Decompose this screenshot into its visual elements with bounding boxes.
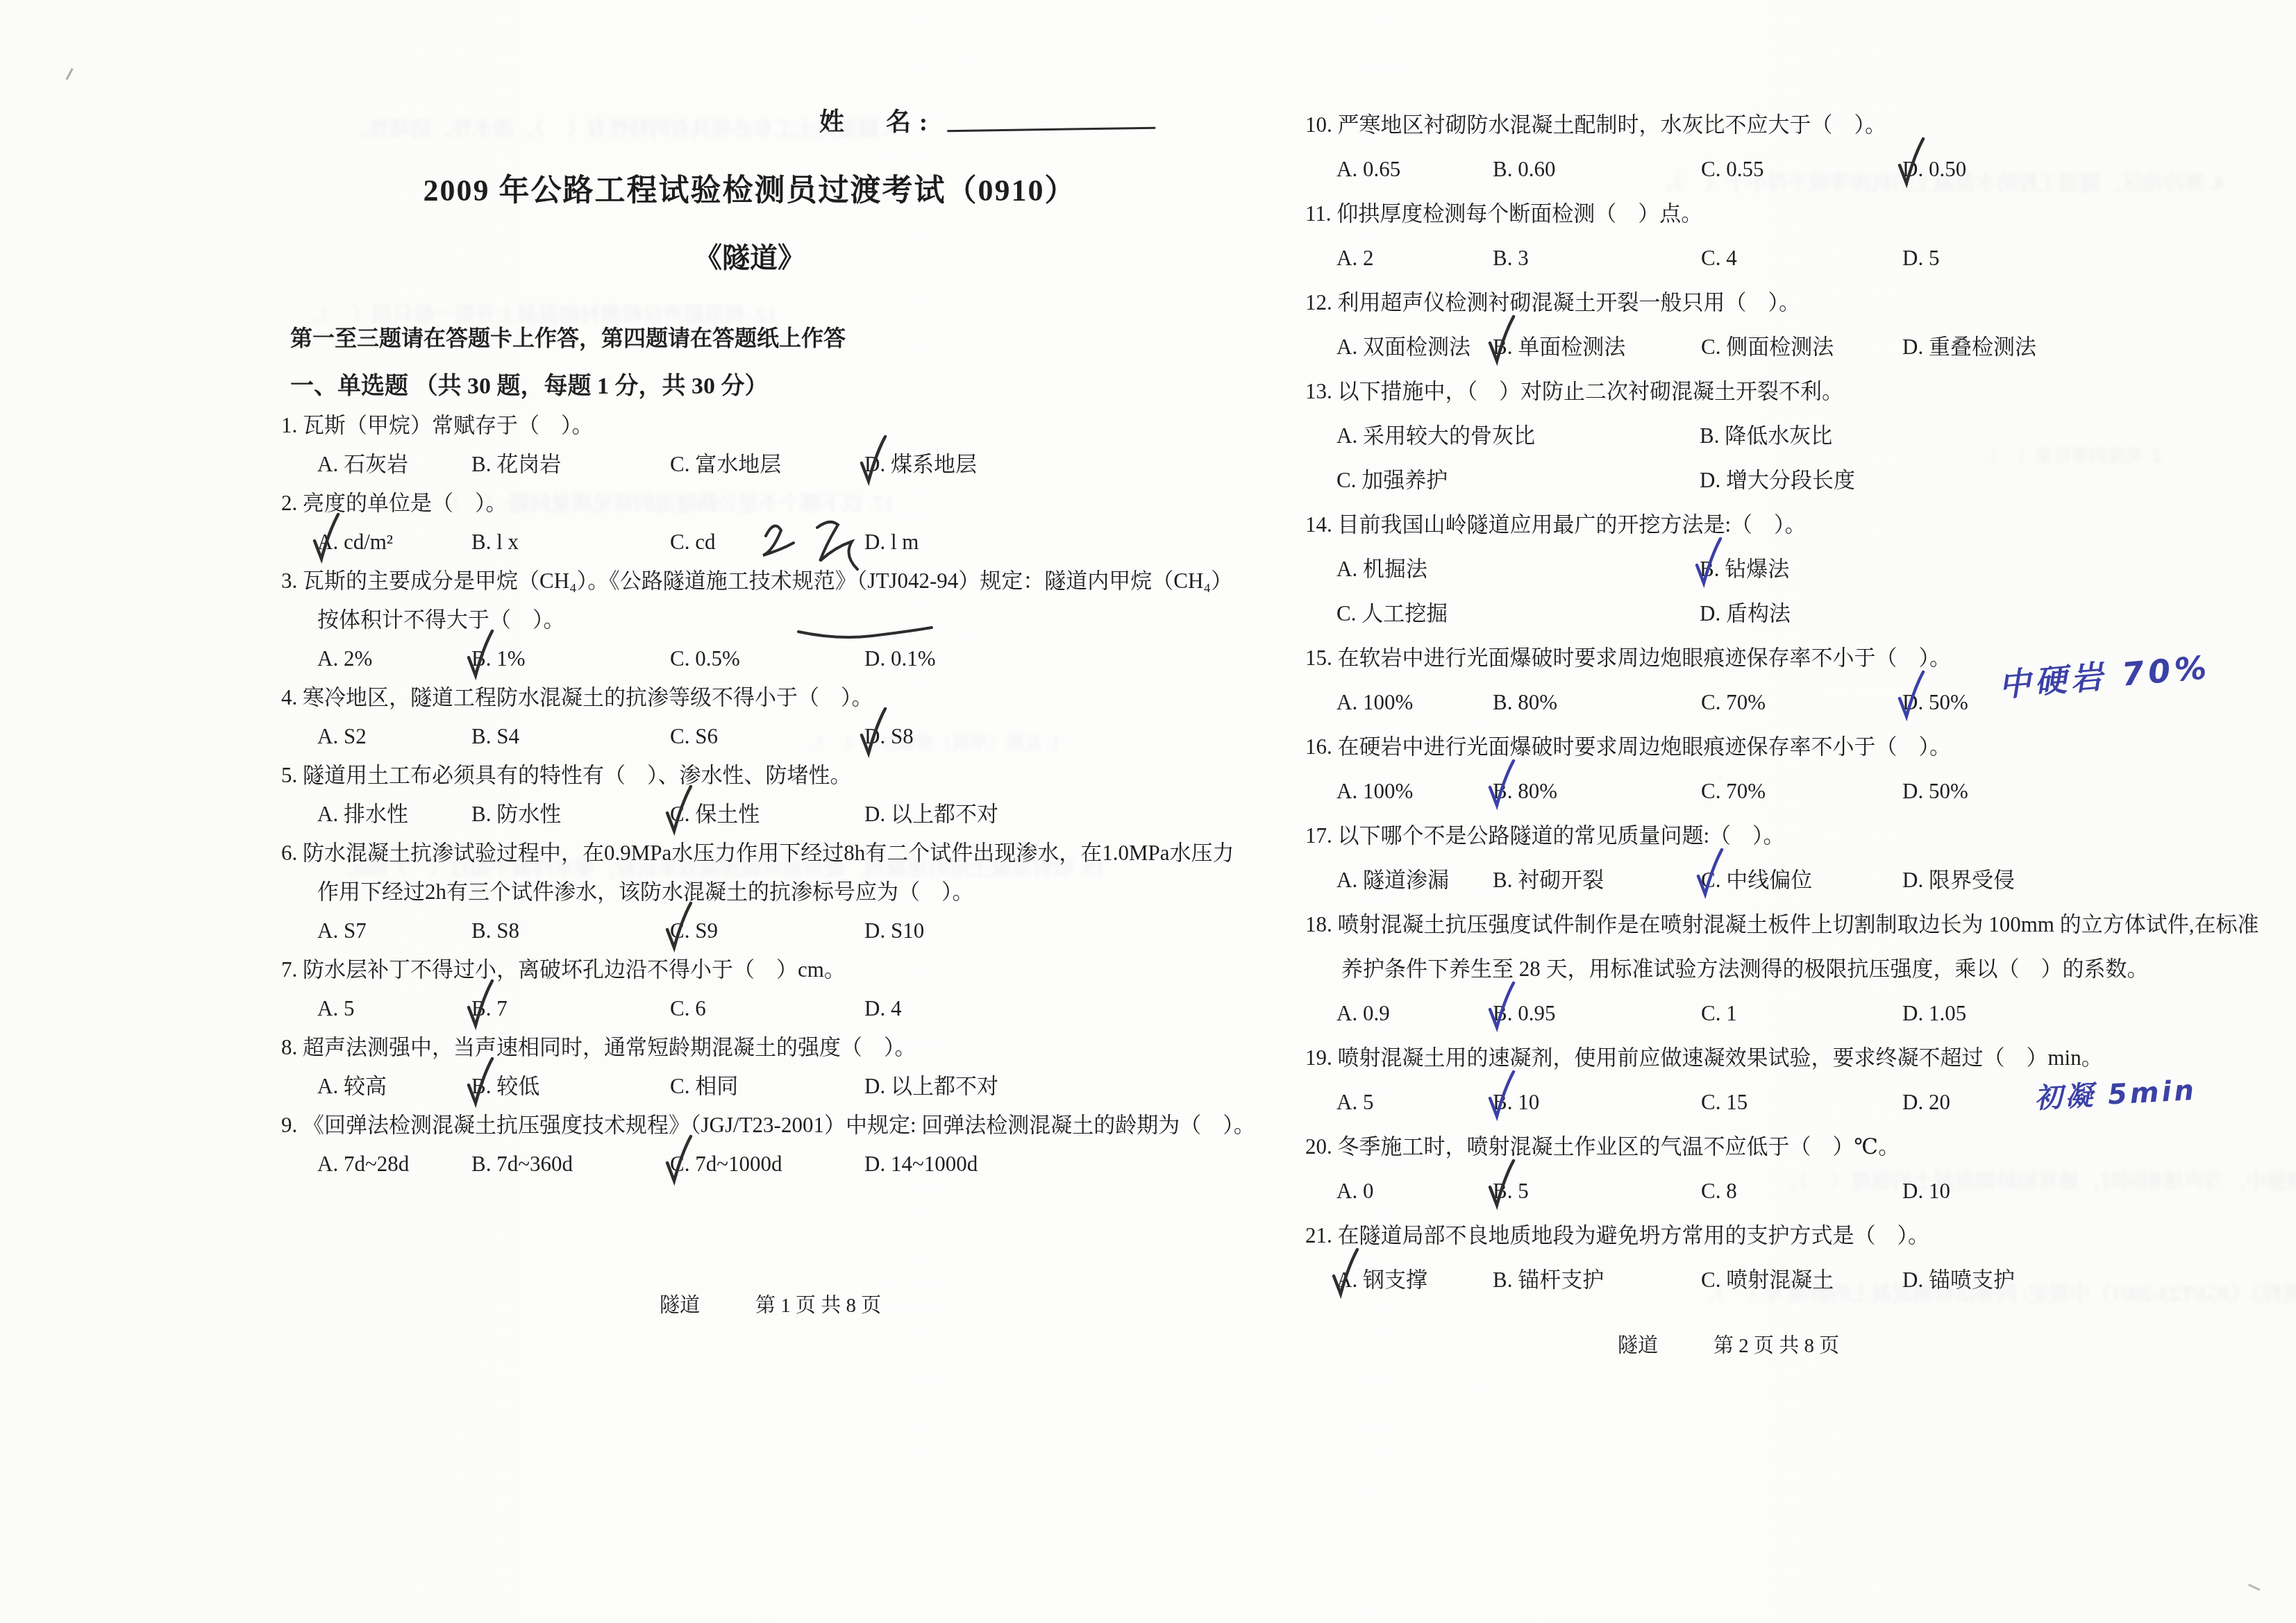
question-13-text: 13. 以下措施中，（ ）对防止二次衬砌混凝土开裂不利。 <box>1305 369 2236 414</box>
question-4-option-A: A. S2 <box>317 717 471 756</box>
question-6-option-C: C. S9 <box>670 911 864 950</box>
question-5-option-B: B. 防水性 <box>471 795 670 834</box>
question-17-option-A: A. 隧道渗漏 <box>1336 858 1493 902</box>
question-8-option-A: A. 较高 <box>317 1067 471 1106</box>
question-19-option-C: C. 15 <box>1701 1080 1902 1125</box>
option-label: C. 加强养护 <box>1336 468 1448 492</box>
question-20-text: 20. 冬季施工时，喷射混凝土作业区的气温不应低于（ ）℃。 <box>1305 1125 2236 1169</box>
option-label: A. 双面检测法 <box>1336 335 1470 359</box>
option-label: D. 5 <box>1902 246 1939 270</box>
question-17-option-C: C. 中线偏位 <box>1701 858 1902 902</box>
question-8-options-row1: A. 较高B. 较低C. 相同D. 以上都不对 <box>281 1067 1246 1106</box>
option-label: A. 2 <box>1336 246 1373 270</box>
question-6-text-line2: 作用下经过2h有三个试件渗水，该防水混凝土的抗渗标号应为（ ）。 <box>281 873 1246 911</box>
option-label: C. 富水地层 <box>670 452 781 476</box>
option-label: C. S6 <box>670 724 718 748</box>
option-label: C. 0.55 <box>1701 157 1763 181</box>
question-18-option-A: A. 0.9 <box>1336 991 1493 1036</box>
question-21-option-C: C. 喷射混凝土 <box>1701 1258 1902 1302</box>
question-18-option-B: B. 0.95 <box>1493 991 1701 1036</box>
question-9-option-B: B. 7d~360d <box>471 1145 670 1184</box>
question-19-option-B: B. 10 <box>1493 1080 1701 1125</box>
option-label: A. 100% <box>1336 779 1413 803</box>
option-label: D. 0.50 <box>1902 157 1966 181</box>
option-label: D. 以上都不对 <box>864 1074 998 1098</box>
question-1-option-A: A. 石灰岩 <box>317 445 471 484</box>
page1-questions: 1. 瓦斯（甲烷）常赋存于（ ）。A. 石灰岩B. 花岗岩C. 富水地层D. 煤… <box>281 406 1246 1184</box>
question-11-option-C: C. 4 <box>1701 236 1902 280</box>
option-label: B. 钻爆法 <box>1700 557 1789 581</box>
option-label: A. 石灰岩 <box>317 452 408 476</box>
question-9-text: 9. 《回弹法检测混凝土抗压强度技术规程》（JGJ/T23-2001）中规定: … <box>281 1106 1246 1145</box>
page2-questions: 10. 严寒地区衬砌防水混凝土配制时，水灰比不应大于（ ）。A. 0.65B. … <box>1305 103 2236 1302</box>
question-3-text-line2: 按体积计不得大于（ ）。 <box>281 600 1246 639</box>
question-17-text: 17. 以下哪个不是公路隧道的常见质量问题:（ ）。 <box>1305 814 2236 858</box>
option-label: A. 0.65 <box>1336 157 1400 181</box>
question-8-text: 8. 超声法测强中，当声速相同时，通常短龄期混凝土的强度（ ）。 <box>281 1028 1246 1067</box>
question-20-option-A: A. 0 <box>1336 1169 1493 1213</box>
question-7-option-C: C. 6 <box>670 989 864 1028</box>
option-label: C. 7d~1000d <box>670 1152 782 1176</box>
option-label: D. 增大分段长度 <box>1700 468 1855 492</box>
question-15-text: 15. 在软岩中进行光面爆破时要求周边炮眼痕迹保存率不小于（ ）。 <box>1305 636 2236 680</box>
page2-footer: 隧道第 2 页 共 8 页 <box>1618 1330 1839 1359</box>
question-21-text: 21. 在隧道局部不良地质地段为避免坍方常用的支护方式是（ ）。 <box>1305 1213 2236 1258</box>
option-label: C. 0.5% <box>670 646 740 671</box>
question-18-option-D: D. 1.05 <box>1902 991 2236 1036</box>
question-16-option-B: B. 80% <box>1493 769 1701 814</box>
question-3-option-A: A. 2% <box>317 639 471 678</box>
question-2-option-D: D. l m <box>864 523 1246 562</box>
question-17-option-D: D. 限界受侵 <box>1902 858 2236 902</box>
question-10-option-A: A. 0.65 <box>1336 147 1493 192</box>
question-17-option-B: B. 衬砌开裂 <box>1493 858 1701 902</box>
question-21-option-D: D. 锚喷支护 <box>1902 1258 2236 1302</box>
option-label: A. 较高 <box>317 1074 387 1098</box>
question-15-options-row1: A. 100%B. 80%C. 70%D. 50% <box>1305 680 2236 725</box>
question-5-option-D: D. 以上都不对 <box>864 795 1246 834</box>
question-8-option-C: C. 相同 <box>670 1067 864 1106</box>
option-label: D. 10 <box>1902 1179 1950 1203</box>
option-label: D. 14~1000d <box>864 1152 978 1176</box>
question-1-option-D: D. 煤系地层 <box>864 445 1246 484</box>
option-label: C. cd <box>670 530 715 554</box>
option-label: A. 钢支撑 <box>1336 1268 1427 1292</box>
question-6-options-row1: A. S7B. S8C. S9D. S10 <box>281 911 1246 950</box>
question-19-options-row1: A. 5B. 10C. 15D. 20 <box>1305 1080 2236 1125</box>
question-13-option-D: D. 增大分段长度 <box>1700 458 2236 503</box>
question-18-text-line2: 养护条件下养生至 28 天，用标准试验方法测得的极限抗压强度，乘以（ ）的系数。 <box>1305 947 2236 991</box>
option-label: A. 0.9 <box>1336 1001 1390 1025</box>
question-15-option-C: C. 70% <box>1701 680 1902 725</box>
option-label: A. 5 <box>317 996 354 1020</box>
option-label: C. 70% <box>1701 779 1766 803</box>
option-label: B. 花岗岩 <box>471 452 561 476</box>
question-17-options-row1: A. 隧道渗漏B. 衬砌开裂C. 中线偏位D. 限界受侵 <box>1305 858 2236 902</box>
question-20-option-B: B. 5 <box>1493 1169 1701 1213</box>
option-label: A. 100% <box>1336 690 1413 714</box>
option-label: D. 盾构法 <box>1700 601 1791 625</box>
option-label: A. 0 <box>1336 1179 1373 1203</box>
question-19-option-A: A. 5 <box>1336 1080 1493 1125</box>
footer-subject: 隧道 <box>1618 1335 1658 1357</box>
question-4-text: 4. 寒冷地区，隧道工程防水混凝土的抗渗等级不得小于（ ）。 <box>281 678 1246 717</box>
exam-instructions: 第一至三题请在答题卡上作答，第四题请在答题纸上作答 <box>290 321 846 353</box>
option-label: B. 锚杆支护 <box>1493 1268 1604 1292</box>
question-11-text: 11. 仰拱厚度检测每个断面检测（ ）点。 <box>1305 192 2236 236</box>
option-label: B. 1% <box>471 646 526 671</box>
option-label: C. 人工挖掘 <box>1336 601 1448 625</box>
exam-subject: 《隧道》 <box>281 236 1218 276</box>
option-label: B. 衬砌开裂 <box>1493 868 1604 892</box>
option-label: B. S8 <box>471 918 519 943</box>
option-label: B. 7 <box>471 996 508 1020</box>
question-14-options-row1: A. 机掘法B. 钻爆法 <box>1305 547 2236 591</box>
question-16-options-row1: A. 100%B. 80%C. 70%D. 50% <box>1305 769 2236 814</box>
question-1-option-B: B. 花岗岩 <box>471 445 670 484</box>
question-5-option-A: A. 排水性 <box>317 795 471 834</box>
option-label: A. S2 <box>317 724 367 748</box>
question-20-options-row1: A. 0B. 5C. 8D. 10 <box>1305 1169 2236 1213</box>
option-label: C. S9 <box>670 918 718 943</box>
option-label: D. 0.1% <box>864 646 935 671</box>
question-10-option-B: B. 0.60 <box>1493 147 1701 192</box>
question-2-option-A: A. cd/m² <box>317 523 471 562</box>
question-6-option-B: B. S8 <box>471 911 670 950</box>
option-label: B. 0.95 <box>1493 1001 1555 1025</box>
option-label: A. 排水性 <box>317 802 408 826</box>
option-label: D. S8 <box>864 724 914 748</box>
option-label: D. S10 <box>864 918 924 943</box>
question-5-text: 5. 隧道用土工布必须具有的特性有（ ）、渗水性、防堵性。 <box>281 756 1246 795</box>
question-20-option-C: C. 8 <box>1701 1169 1902 1213</box>
name-label: 姓 名: <box>819 108 936 136</box>
question-18-options-row1: A. 0.9B. 0.95C. 1D. 1.05 <box>1305 991 2236 1036</box>
question-12-option-C: C. 侧面检测法 <box>1701 325 1902 369</box>
question-12-options-row1: A. 双面检测法B. 单面检测法C. 侧面检测法D. 重叠检测法 <box>1305 325 2236 369</box>
question-11-options-row1: A. 2B. 3C. 4D. 5 <box>1305 236 2236 280</box>
question-4-option-B: B. S4 <box>471 717 670 756</box>
question-12-option-B: B. 单面检测法 <box>1493 325 1701 369</box>
question-10-text: 10. 严寒地区衬砌防水混凝土配制时，水灰比不应大于（ ）。 <box>1305 103 2236 147</box>
question-4-options-row1: A. S2B. S4C. S6D. S8 <box>281 717 1246 756</box>
question-8-option-D: D. 以上都不对 <box>864 1067 1246 1106</box>
question-15-option-B: B. 80% <box>1493 680 1701 725</box>
question-1-option-C: C. 富水地层 <box>670 445 864 484</box>
option-label: D. 20 <box>1902 1090 1950 1114</box>
question-13-options-row1: A. 采用较大的骨灰比B. 降低水灰比 <box>1305 414 2236 458</box>
question-21-option-B: B. 锚杆支护 <box>1493 1258 1701 1302</box>
option-label: D. 锚喷支护 <box>1902 1268 2015 1292</box>
question-2-option-C: C. cd <box>670 523 864 562</box>
option-label: D. 50% <box>1902 690 1968 714</box>
question-6-text-line1: 6. 防水混凝土抗渗试验过程中，在0.9MPa水压力作用下经过8h有二个试件出现… <box>281 834 1246 873</box>
option-label: D. 4 <box>864 996 901 1020</box>
option-label: D. 50% <box>1902 779 1968 803</box>
page1-footer: 隧道第 1 页 共 8 页 <box>660 1290 881 1318</box>
footer-subject: 隧道 <box>660 1295 700 1317</box>
question-2-option-B: B. l x <box>471 523 670 562</box>
scanned-exam-sheet: 5. 隧道用土工布必须具有的特性有（ ）、渗水性、防堵性。 12. 利用超声仪检… <box>0 0 2296 1623</box>
question-16-option-D: D. 50% <box>1902 769 2236 814</box>
option-label: A. 机掘法 <box>1336 557 1427 581</box>
question-15-option-D: D. 50% <box>1902 680 2236 725</box>
option-label: C. 15 <box>1701 1090 1748 1114</box>
option-label: A. 2% <box>317 646 372 671</box>
question-12-option-A: A. 双面检测法 <box>1336 325 1493 369</box>
question-5-options-row1: A. 排水性B. 防水性C. 保土性D. 以上都不对 <box>281 795 1246 834</box>
question-20-option-D: D. 10 <box>1902 1169 2236 1213</box>
question-2-options-row1: A. cd/m²B. l xC. cdD. l m <box>281 523 1246 562</box>
option-label: C. 侧面检测法 <box>1701 335 1834 359</box>
question-15-option-A: A. 100% <box>1336 680 1493 725</box>
scan-speck <box>2245 1583 2261 1597</box>
option-label: C. 1 <box>1701 1001 1737 1025</box>
question-4-option-C: C. S6 <box>670 717 864 756</box>
question-6-option-D: D. S10 <box>864 911 1246 950</box>
question-12-option-D: D. 重叠检测法 <box>1902 325 2236 369</box>
footer-page-number: 第 1 页 共 8 页 <box>755 1295 881 1317</box>
question-4-option-D: D. S8 <box>864 717 1246 756</box>
option-label: B. 10 <box>1493 1090 1539 1114</box>
question-1-options-row1: A. 石灰岩B. 花岗岩C. 富水地层D. 煤系地层 <box>281 445 1246 484</box>
option-label: B. 降低水灰比 <box>1700 423 1832 448</box>
option-label: A. 7d~28d <box>317 1152 409 1176</box>
question-14-options-row2: C. 人工挖掘D. 盾构法 <box>1305 591 2236 636</box>
option-label: B. 单面检测法 <box>1493 335 1625 359</box>
name-blank-line[interactable] <box>947 102 1156 133</box>
question-7-option-A: A. 5 <box>317 989 471 1028</box>
option-label: B. 80% <box>1493 779 1557 803</box>
question-10-options-row1: A. 0.65B. 0.60C. 0.55D. 0.50 <box>1305 147 2236 192</box>
question-7-option-D: D. 4 <box>864 989 1246 1028</box>
question-13-options-row2: C. 加强养护D. 增大分段长度 <box>1305 458 2236 503</box>
question-16-text: 16. 在硬岩中进行光面爆破时要求周边炮眼痕迹保存率不小于（ ）。 <box>1305 725 2236 769</box>
question-14-text: 14. 目前我国山岭隧道应用最广的开挖方法是:（ ）。 <box>1305 503 2236 547</box>
question-7-options-row1: A. 5B. 7C. 6D. 4 <box>281 989 1246 1028</box>
question-8-option-B: B. 较低 <box>471 1067 670 1106</box>
option-label: C. 8 <box>1701 1179 1737 1203</box>
question-18-text-line1: 18. 喷射混凝土抗压强度试件制作是在喷射混凝土板件上切割制取边长为 100mm… <box>1305 902 2236 947</box>
question-16-option-C: C. 70% <box>1701 769 1902 814</box>
option-label: A. cd/m² <box>317 530 393 554</box>
question-14-option-C: C. 人工挖掘 <box>1336 591 1700 636</box>
question-2-text: 2. 亮度的单位是（ ）。 <box>281 484 1246 523</box>
question-3-option-D: D. 0.1% <box>864 639 1246 678</box>
question-21-option-A: A. 钢支撑 <box>1336 1258 1493 1302</box>
question-9-option-C: C. 7d~1000d <box>670 1145 864 1184</box>
option-label: B. 防水性 <box>471 802 561 826</box>
question-19-option-D: D. 20 <box>1902 1080 2236 1125</box>
option-label: B. 0.60 <box>1493 157 1555 181</box>
question-7-option-B: B. 7 <box>471 989 670 1028</box>
option-label: B. 5 <box>1493 1179 1529 1203</box>
option-label: D. l m <box>864 530 919 554</box>
question-14-option-D: D. 盾构法 <box>1700 591 2236 636</box>
option-label: A. 隧道渗漏 <box>1336 868 1449 892</box>
question-3-options-row1: A. 2%B. 1%C. 0.5%D. 0.1% <box>281 639 1246 678</box>
option-label: D. 煤系地层 <box>864 452 977 476</box>
question-14-option-B: B. 钻爆法 <box>1700 547 2236 591</box>
question-3-option-C: C. 0.5% <box>670 639 864 678</box>
question-3-text-line1: 3. 瓦斯的主要成分是甲烷（CH₄）。《公路隧道施工技术规范》（JTJ042-9… <box>281 562 1246 600</box>
option-label: A. S7 <box>317 918 367 943</box>
question-18-option-C: C. 1 <box>1701 991 1902 1036</box>
question-7-text: 7. 防水层补丁不得过小，离破坏孔边沿不得小于（ ）cm。 <box>281 950 1246 989</box>
scan-speck <box>66 68 80 83</box>
option-label: D. 1.05 <box>1902 1001 1966 1025</box>
question-9-option-A: A. 7d~28d <box>317 1145 471 1184</box>
option-label: A. 5 <box>1336 1090 1373 1114</box>
option-label: D. 重叠检测法 <box>1902 335 2036 359</box>
question-1-text: 1. 瓦斯（甲烷）常赋存于（ ）。 <box>281 406 1246 445</box>
exam-title: 2009 年公路工程试验检测员过渡考试（0910） <box>281 165 1218 210</box>
question-3-option-B: B. 1% <box>471 639 670 678</box>
option-label: B. l x <box>471 530 519 554</box>
name-field: 姓 名: <box>819 103 1155 138</box>
option-label: C. 70% <box>1701 690 1766 714</box>
question-11-option-D: D. 5 <box>1902 236 2236 280</box>
option-label: C. 保土性 <box>670 802 760 826</box>
question-12-text: 12. 利用超声仪检测衬砌混凝土开裂一般只用（ ）。 <box>1305 280 2236 325</box>
question-19-text: 19. 喷射混凝土用的速凝剂，使用前应做速凝效果试验，要求终凝不超过（ ）min… <box>1305 1036 2236 1080</box>
option-label: C. 中线偏位 <box>1701 868 1812 892</box>
question-13-option-B: B. 降低水灰比 <box>1700 414 2236 458</box>
question-10-option-C: C. 0.55 <box>1701 147 1902 192</box>
question-5-option-C: C. 保土性 <box>670 795 864 834</box>
question-14-option-A: A. 机掘法 <box>1336 547 1700 591</box>
bleedthrough-artifact: 5. 隧道用土工布必须具有的特性有（ ）、渗水性、防堵性。 <box>347 111 899 142</box>
question-11-option-A: A. 2 <box>1336 236 1493 280</box>
question-11-option-B: B. 3 <box>1493 236 1701 280</box>
option-label: B. 80% <box>1493 690 1557 714</box>
section-header: 一、单选题 （共 30 题，每题 1 分，共 30 分） <box>290 367 769 401</box>
option-label: B. 7d~360d <box>471 1152 573 1176</box>
question-13-option-C: C. 加强养护 <box>1336 458 1700 503</box>
option-label: D. 限界受侵 <box>1902 868 2015 892</box>
question-16-option-A: A. 100% <box>1336 769 1493 814</box>
question-10-option-D: D. 0.50 <box>1902 147 2236 192</box>
footer-page-number: 第 2 页 共 8 页 <box>1713 1335 1839 1357</box>
option-label: C. 相同 <box>670 1074 738 1098</box>
question-21-options-row1: A. 钢支撑B. 锚杆支护C. 喷射混凝土D. 锚喷支护 <box>1305 1258 2236 1302</box>
option-label: A. 采用较大的骨灰比 <box>1336 423 1535 448</box>
question-9-options-row1: A. 7d~28dB. 7d~360dC. 7d~1000dD. 14~1000… <box>281 1145 1246 1184</box>
question-9-option-D: D. 14~1000d <box>864 1145 1246 1184</box>
option-label: B. 3 <box>1493 246 1529 270</box>
question-13-option-A: A. 采用较大的骨灰比 <box>1336 414 1700 458</box>
option-label: C. 喷射混凝土 <box>1701 1268 1834 1292</box>
option-label: B. 较低 <box>471 1074 539 1098</box>
option-label: B. S4 <box>471 724 519 748</box>
option-label: C. 6 <box>670 996 706 1020</box>
question-6-option-A: A. S7 <box>317 911 471 950</box>
option-label: C. 4 <box>1701 246 1737 270</box>
option-label: D. 以上都不对 <box>864 802 998 826</box>
